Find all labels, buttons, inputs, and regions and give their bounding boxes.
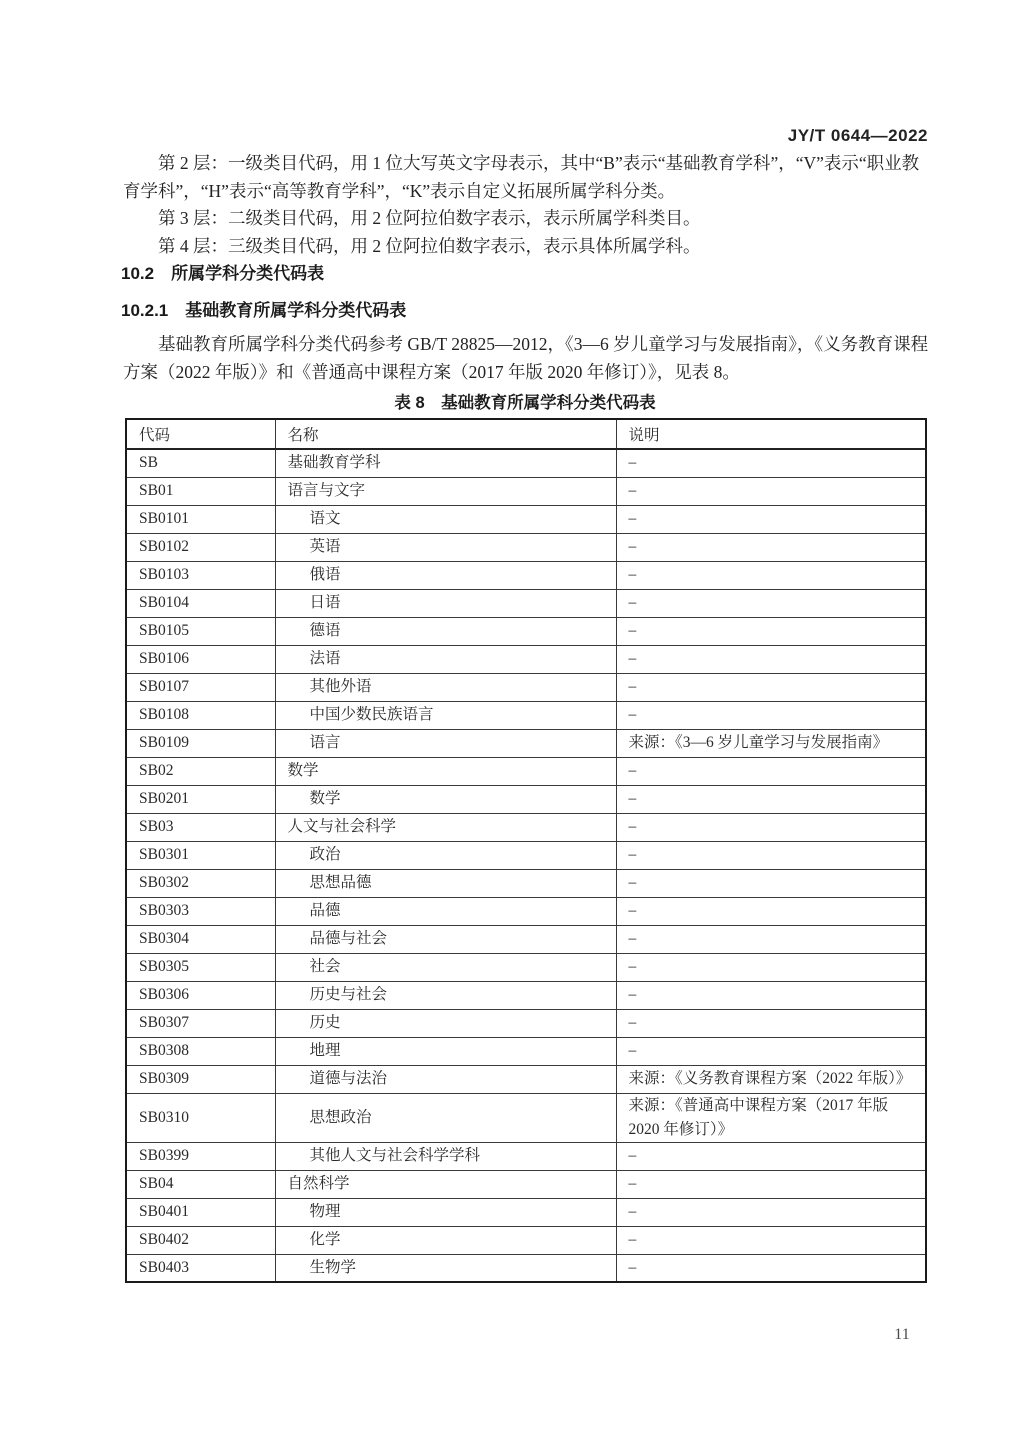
cell-code: SB0402 <box>126 1226 275 1254</box>
table-row: SB0102英语– <box>126 533 926 561</box>
cell-note: – <box>616 617 926 645</box>
cell-code: SB0108 <box>126 701 275 729</box>
table-body: SB基础教育学科–SB01语言与文字–SB0101语文–SB0102英语–SB0… <box>126 449 926 1282</box>
cell-name: 思想政治 <box>275 1093 616 1142</box>
cell-note: – <box>616 449 926 477</box>
cell-note: – <box>616 645 926 673</box>
cell-note: 来源：《义务教育课程方案（2022 年版）》 <box>616 1065 926 1093</box>
cell-name: 人文与社会科学 <box>275 813 616 841</box>
cell-note: – <box>616 981 926 1009</box>
cell-code: SB0105 <box>126 617 275 645</box>
cell-note: – <box>616 813 926 841</box>
cell-code: SB03 <box>126 813 275 841</box>
cell-name: 中国少数民族语言 <box>275 701 616 729</box>
cell-name: 历史 <box>275 1009 616 1037</box>
table-row: SB0101语文– <box>126 505 926 533</box>
cell-name: 其他人文与社会科学学科 <box>275 1142 616 1170</box>
cell-note: – <box>616 673 926 701</box>
cell-code: SB0104 <box>126 589 275 617</box>
table-row: SB0107其他外语– <box>126 673 926 701</box>
cell-code: SB0301 <box>126 841 275 869</box>
cell-code: SB0306 <box>126 981 275 1009</box>
column-header-note: 说明 <box>616 419 926 449</box>
cell-name: 政治 <box>275 841 616 869</box>
cell-note: – <box>616 785 926 813</box>
cell-note: – <box>616 1170 926 1198</box>
cell-code: SB0103 <box>126 561 275 589</box>
cell-code: SB0106 <box>126 645 275 673</box>
cell-code: SB0109 <box>126 729 275 757</box>
table-row: SB0401物理– <box>126 1198 926 1226</box>
cell-note: – <box>616 1226 926 1254</box>
table-row: SB03人文与社会科学– <box>126 813 926 841</box>
cell-code: SB0403 <box>126 1254 275 1282</box>
cell-note: – <box>616 477 926 505</box>
table-row: SB0399其他人文与社会科学学科– <box>126 1142 926 1170</box>
cell-name: 思想品德 <box>275 869 616 897</box>
cell-name: 语言与文字 <box>275 477 616 505</box>
cell-code: SB0201 <box>126 785 275 813</box>
cell-code: SB0102 <box>126 533 275 561</box>
page-number: 11 <box>884 1326 920 1344</box>
cell-code: SB0309 <box>126 1065 275 1093</box>
table-row: SB0106法语– <box>126 645 926 673</box>
classification-code-table: 代码 名称 说明 SB基础教育学科–SB01语言与文字–SB0101语文–SB0… <box>125 418 927 1283</box>
cell-code: SB0305 <box>126 953 275 981</box>
cell-name: 生物学 <box>275 1254 616 1282</box>
intro-paragraphs: 第 2 层：一级类目代码，用 1 位大写英文字母表示，其中“B”表示“基础教育学… <box>123 150 929 260</box>
table-row: SB0309道德与法治来源：《义务教育课程方案（2022 年版）》 <box>126 1065 926 1093</box>
table-header-row: 代码 名称 说明 <box>126 419 926 449</box>
cell-code: SB01 <box>126 477 275 505</box>
column-header-name: 名称 <box>275 419 616 449</box>
cell-note: – <box>616 953 926 981</box>
intro-paragraph-layer2: 第 2 层：一级类目代码，用 1 位大写英文字母表示，其中“B”表示“基础教育学… <box>123 150 929 205</box>
column-header-code: 代码 <box>126 419 275 449</box>
table-row: SB0302思想品德– <box>126 869 926 897</box>
cell-note: – <box>616 1142 926 1170</box>
standard-number: JY/T 0644—2022 <box>788 126 928 146</box>
table-row: SB0402化学– <box>126 1226 926 1254</box>
cell-code: SB0308 <box>126 1037 275 1065</box>
table-row: SB0403生物学– <box>126 1254 926 1282</box>
cell-note: – <box>616 1198 926 1226</box>
cell-name: 英语 <box>275 533 616 561</box>
table-caption: 表 8 基础教育所属学科分类代码表 <box>125 389 925 413</box>
cell-note: – <box>616 925 926 953</box>
table-row: SB0104日语– <box>126 589 926 617</box>
cell-name: 物理 <box>275 1198 616 1226</box>
cell-note: 来源：《3—6 岁儿童学习与发展指南》 <box>616 729 926 757</box>
cell-name: 法语 <box>275 645 616 673</box>
document-page: JY/T 0644—2022 第 2 层：一级类目代码，用 1 位大写英文字母表… <box>0 0 1024 1448</box>
cell-code: SB02 <box>126 757 275 785</box>
cell-name: 语文 <box>275 505 616 533</box>
cell-name: 历史与社会 <box>275 981 616 1009</box>
table-row: SB0105德语– <box>126 617 926 645</box>
cell-code: SB0310 <box>126 1093 275 1142</box>
subsection-heading: 10.2.1 基础教育所属学科分类代码表 <box>121 296 406 321</box>
cell-code: SB0304 <box>126 925 275 953</box>
cell-note: – <box>616 561 926 589</box>
cell-note: – <box>616 589 926 617</box>
cell-name: 化学 <box>275 1226 616 1254</box>
cell-note: – <box>616 1009 926 1037</box>
cell-note: – <box>616 757 926 785</box>
cell-name: 地理 <box>275 1037 616 1065</box>
cell-code: SB0307 <box>126 1009 275 1037</box>
cell-name: 自然科学 <box>275 1170 616 1198</box>
cell-name: 俄语 <box>275 561 616 589</box>
cell-code: SB0302 <box>126 869 275 897</box>
table-row: SB0303品德– <box>126 897 926 925</box>
table-row: SB0306历史与社会– <box>126 981 926 1009</box>
table-row: SB0108中国少数民族语言– <box>126 701 926 729</box>
cell-name: 德语 <box>275 617 616 645</box>
cell-code: SB0303 <box>126 897 275 925</box>
table-row: SB0310思想政治来源：《普通高中课程方案（2017 年版 2020 年修订）… <box>126 1093 926 1142</box>
cell-name: 其他外语 <box>275 673 616 701</box>
table-row: SB0109语言来源：《3—6 岁儿童学习与发展指南》 <box>126 729 926 757</box>
cell-note: – <box>616 1254 926 1282</box>
cell-note: – <box>616 505 926 533</box>
cell-code: SB0401 <box>126 1198 275 1226</box>
table-row: SB04自然科学– <box>126 1170 926 1198</box>
cell-name: 日语 <box>275 589 616 617</box>
cell-note: – <box>616 869 926 897</box>
cell-note: – <box>616 533 926 561</box>
table-row: SB0304品德与社会– <box>126 925 926 953</box>
cell-name: 道德与法治 <box>275 1065 616 1093</box>
cell-code: SB0399 <box>126 1142 275 1170</box>
table-row: SB0201数学– <box>126 785 926 813</box>
body-paragraph: 基础教育所属学科分类代码参考 GB/T 28825—2012，《3—6 岁儿童学… <box>123 330 929 386</box>
cell-name: 基础教育学科 <box>275 449 616 477</box>
table-row: SB0307历史– <box>126 1009 926 1037</box>
table-row: SB0305社会– <box>126 953 926 981</box>
table-row: SB02数学– <box>126 757 926 785</box>
table-row: SB0301政治– <box>126 841 926 869</box>
cell-code: SB0107 <box>126 673 275 701</box>
cell-note: 来源：《普通高中课程方案（2017 年版 2020 年修订）》 <box>616 1093 926 1142</box>
cell-note: – <box>616 701 926 729</box>
cell-name: 语言 <box>275 729 616 757</box>
table-row: SB基础教育学科– <box>126 449 926 477</box>
cell-name: 数学 <box>275 785 616 813</box>
section-heading: 10.2 所属学科分类代码表 <box>121 259 324 284</box>
cell-code: SB <box>126 449 275 477</box>
cell-name: 品德与社会 <box>275 925 616 953</box>
table-row: SB0308地理– <box>126 1037 926 1065</box>
cell-note: – <box>616 1037 926 1065</box>
cell-name: 数学 <box>275 757 616 785</box>
cell-name: 社会 <box>275 953 616 981</box>
table-row: SB01语言与文字– <box>126 477 926 505</box>
cell-name: 品德 <box>275 897 616 925</box>
cell-note: – <box>616 841 926 869</box>
intro-paragraph-layer4: 第 4 层：三级类目代码，用 2 位阿拉伯数字表示，表示具体所属学科。 <box>123 233 929 261</box>
cell-code: SB04 <box>126 1170 275 1198</box>
intro-paragraph-layer3: 第 3 层：二级类目代码，用 2 位阿拉伯数字表示，表示所属学科类目。 <box>123 205 929 233</box>
cell-note: – <box>616 897 926 925</box>
table-row: SB0103俄语– <box>126 561 926 589</box>
cell-code: SB0101 <box>126 505 275 533</box>
